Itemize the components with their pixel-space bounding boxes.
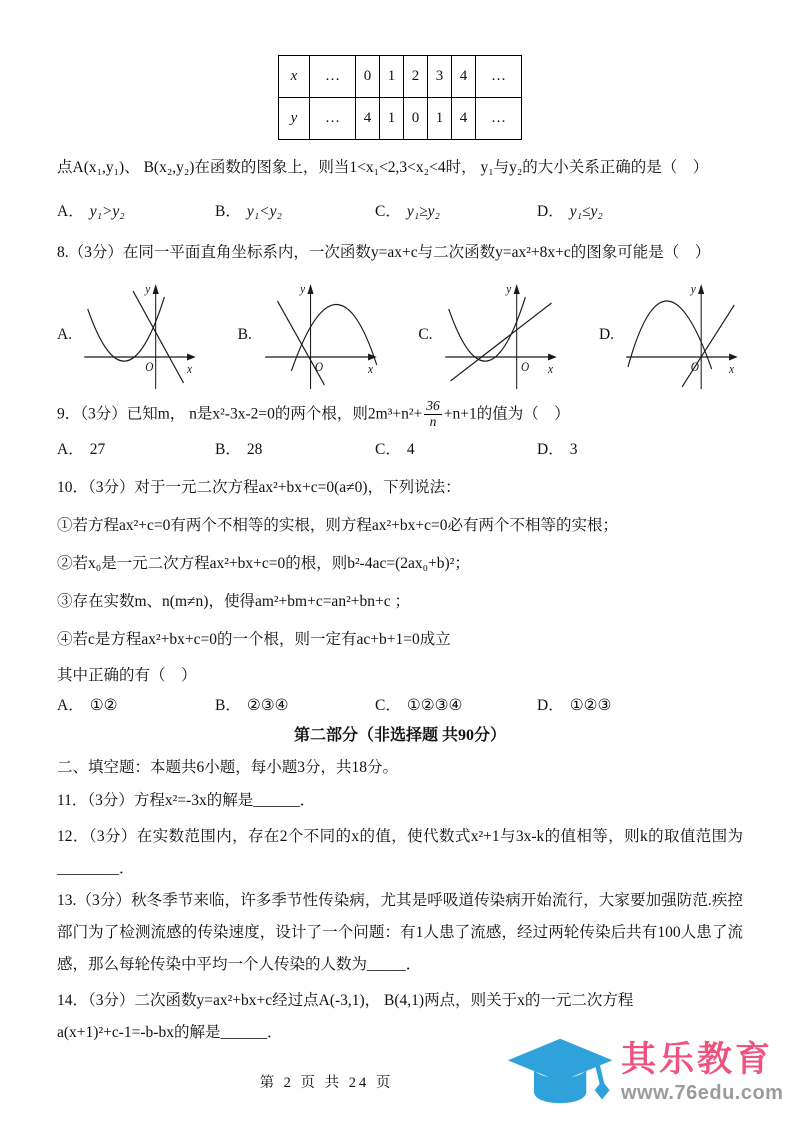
option-value: 4 xyxy=(407,441,415,458)
y-axis-arrow xyxy=(307,284,313,294)
question-11-text: 11．（3分）方程x²=-3x的解是______． xyxy=(57,789,743,813)
graph-label-b: B. xyxy=(238,326,260,344)
option-label: C． xyxy=(375,697,401,714)
logo-name: 其乐教育 xyxy=(621,1040,783,1080)
option-a: A．y₁>y₂ xyxy=(57,200,215,224)
option-a: A．27 xyxy=(57,438,215,462)
value-table: x … 0 1 2 3 4 … y … 4 1 0 1 4 … xyxy=(278,55,522,140)
question-10-options: A．①② B．②③④ C．①②③④ D．①②③ xyxy=(57,694,743,718)
table-cell: 4 xyxy=(356,98,380,140)
table-cell: … xyxy=(310,98,356,140)
question-9-options: A．27 B．28 C．4 D．3 xyxy=(57,438,743,462)
question-9-suffix: +n+1的值为（ ） xyxy=(444,405,570,422)
y-axis-label: y xyxy=(143,281,150,296)
exam-page-content: x … 0 1 2 3 4 … y … 4 1 0 1 4 … 点A(x₁,y₁… xyxy=(57,0,743,1049)
option-label: C． xyxy=(375,441,401,458)
y-axis-label: y xyxy=(505,281,512,296)
graph-option-d: D. y x O xyxy=(599,279,743,391)
value-table-wrap: x … 0 1 2 3 4 … y … 4 1 0 1 4 … xyxy=(57,55,743,140)
table-cell: 0 xyxy=(404,98,428,140)
graph-label-c: C. xyxy=(418,326,440,344)
option-a: A．①② xyxy=(57,694,215,718)
table-row-x: x … 0 1 2 3 4 … xyxy=(279,56,522,98)
y-axis-arrow xyxy=(153,284,159,294)
line-curve xyxy=(682,305,734,387)
question-9-text: 9．（3分）已知m， n是x²-3x-2=0的两个根，则2m³+n²+36n+n… xyxy=(57,399,743,430)
site-logo: 其乐教育 www.76edu.com xyxy=(505,1036,791,1120)
question-9-prefix: 9．（3分）已知m， n是x²-3x-2=0的两个根，则2m³+n²+ xyxy=(57,405,422,422)
question-7-text: 点A(x₁,y₁)、 B(x₂,y₂)在函数的图象上，则当1<x₁<2,3<x₂… xyxy=(57,156,743,180)
table-cell: 4 xyxy=(452,98,476,140)
graph-a-plot: y x O xyxy=(79,279,201,391)
x-axis-label: x xyxy=(186,361,193,376)
y-axis-arrow xyxy=(698,284,704,294)
x-axis-arrow xyxy=(729,354,738,361)
fill-in-section-intro: 二、填空题：本题共6小题，每小题3分，共18分。 xyxy=(57,756,743,780)
option-value: y₁≤y₂ xyxy=(570,203,603,220)
table-cell: … xyxy=(476,98,522,140)
option-c: C．①②③④ xyxy=(375,694,537,718)
tassel-end xyxy=(595,1081,610,1100)
logo-url: www.76edu.com xyxy=(621,1081,783,1105)
option-label: A． xyxy=(57,697,84,714)
option-label: D． xyxy=(537,441,564,458)
question-10-statement-3: ③存在实数m、n(m≠n)，使得am²+bm+c=an²+bn+c ； xyxy=(57,590,743,614)
line-curve xyxy=(451,303,552,381)
question-14-line2: a(x+1)²+c-1=-b-bx的解是______． xyxy=(57,1024,282,1041)
graph-d-plot: y x O xyxy=(621,279,743,391)
option-b: B．28 xyxy=(215,438,375,462)
question-8-graphs: A. y x O B. y xyxy=(57,279,743,391)
y-axis-label: y xyxy=(298,281,305,296)
graph-option-c: C. y x O xyxy=(418,279,562,391)
y-axis-label: y xyxy=(689,281,696,296)
option-label: C． xyxy=(375,203,401,220)
option-label: D． xyxy=(537,697,564,714)
option-d: D．y₁≤y₂ xyxy=(537,200,743,224)
x-axis-label: x xyxy=(547,361,554,376)
y-axis-arrow xyxy=(514,284,520,294)
question-10-statement-4: ④若c是方程ax²+bx+c=0的一个根，则一定有ac+b+1=0成立 xyxy=(57,628,743,652)
question-7-options: A．y₁>y₂ B．y₁<y₂ C．y₁≥y₂ D．y₁≤y₂ xyxy=(57,200,743,224)
question-8-text: 8.（3分）在同一平面直角坐标系内，一次函数y=ax+c与二次函数y=ax²+8… xyxy=(57,241,743,265)
fraction-numerator: 36 xyxy=(424,399,442,415)
graph-b-plot: y x O xyxy=(260,279,382,391)
option-value: y₁<y₂ xyxy=(247,203,282,220)
option-label: B． xyxy=(215,697,241,714)
origin-label: O xyxy=(521,359,529,374)
option-value: 3 xyxy=(570,441,578,458)
graph-option-b: B. y x O xyxy=(238,279,382,391)
table-cell: x xyxy=(279,56,310,98)
option-value: ①② xyxy=(90,697,118,714)
option-label: A． xyxy=(57,203,84,220)
fraction: 36n xyxy=(424,399,442,430)
table-cell: 3 xyxy=(428,56,452,98)
option-label: B． xyxy=(215,441,241,458)
table-cell: 0 xyxy=(356,56,380,98)
question-13-text: 13.（3分）秋冬季节来临，许多季节性传染病，尤其是呼吸道传染病开始流行，大家要… xyxy=(57,885,743,981)
question-12-text: 12．（3分）在实数范围内，存在2个不同的x的值，使代数式x²+1与3x-k的值… xyxy=(57,821,743,885)
option-value: ①②③④ xyxy=(407,697,463,714)
option-value: ②③④ xyxy=(247,697,289,714)
table-cell: … xyxy=(310,56,356,98)
table-cell: … xyxy=(476,56,522,98)
x-axis-label: x xyxy=(367,361,374,376)
table-row-y: y … 4 1 0 1 4 … xyxy=(279,98,522,140)
fraction-denominator: n xyxy=(424,415,442,430)
parabola-curve xyxy=(449,297,526,361)
option-label: A． xyxy=(57,441,84,458)
option-value: 28 xyxy=(247,441,263,458)
option-c: C．4 xyxy=(375,438,537,462)
parabola-curve xyxy=(88,297,165,361)
parabola-curve xyxy=(291,304,376,371)
part2-title: 第二部分（非选择题 共90分） xyxy=(57,724,743,748)
graph-label-d: D. xyxy=(599,326,621,344)
question-10-text: 10．（3分）对于一元二次方程ax²+bx+c=0(a≠0)，下列说法： xyxy=(57,476,743,500)
x-axis-label: x xyxy=(728,361,735,376)
origin-label: O xyxy=(145,359,153,374)
option-value: y₁>y₂ xyxy=(90,203,125,220)
table-cell: 1 xyxy=(380,98,404,140)
option-b: B．②③④ xyxy=(215,694,375,718)
option-d: D．3 xyxy=(537,438,743,462)
question-10-statement-2: ②若x₀是一元二次方程ax²+bx+c=0的根，则b²-4ac=(2ax₀+b)… xyxy=(57,552,743,576)
logo-texts: 其乐教育 www.76edu.com xyxy=(621,1040,783,1105)
line-curve xyxy=(133,291,184,383)
question-10-closing: 其中正确的有（ ） xyxy=(57,664,743,688)
table-cell: 2 xyxy=(404,56,428,98)
tassel-cord xyxy=(597,1065,602,1085)
option-d: D．①②③ xyxy=(537,694,743,718)
option-b: B．y₁<y₂ xyxy=(215,200,375,224)
origin-label: O xyxy=(315,359,323,374)
x-axis-arrow xyxy=(548,354,557,361)
table-cell: 1 xyxy=(380,56,404,98)
table-cell: 1 xyxy=(428,98,452,140)
cap-board xyxy=(508,1039,613,1082)
option-label: D． xyxy=(537,203,564,220)
table-cell: 4 xyxy=(452,56,476,98)
option-value: y₁≥y₂ xyxy=(407,203,440,220)
graduation-cap-icon xyxy=(505,1036,619,1120)
question-14-line1: 14．（3分）二次函数y=ax²+bx+c经过点A(-3,1)， B(4,1)两… xyxy=(57,992,633,1009)
graph-option-a: A. y x O xyxy=(57,279,201,391)
graph-c-plot: y x O xyxy=(440,279,562,391)
question-10-statement-1: ①若方程ax²+c=0有两个不相等的实根，则方程ax²+bx+c=0必有两个不相… xyxy=(57,514,743,538)
x-axis-arrow xyxy=(187,354,196,361)
origin-label: O xyxy=(691,359,699,374)
graph-label-a: A. xyxy=(57,326,79,344)
option-value: ①②③ xyxy=(570,697,612,714)
option-value: 27 xyxy=(90,441,106,458)
parabola-curve xyxy=(628,301,712,369)
option-label: B． xyxy=(215,203,241,220)
table-cell: y xyxy=(279,98,310,140)
option-c: C．y₁≥y₂ xyxy=(375,200,537,224)
